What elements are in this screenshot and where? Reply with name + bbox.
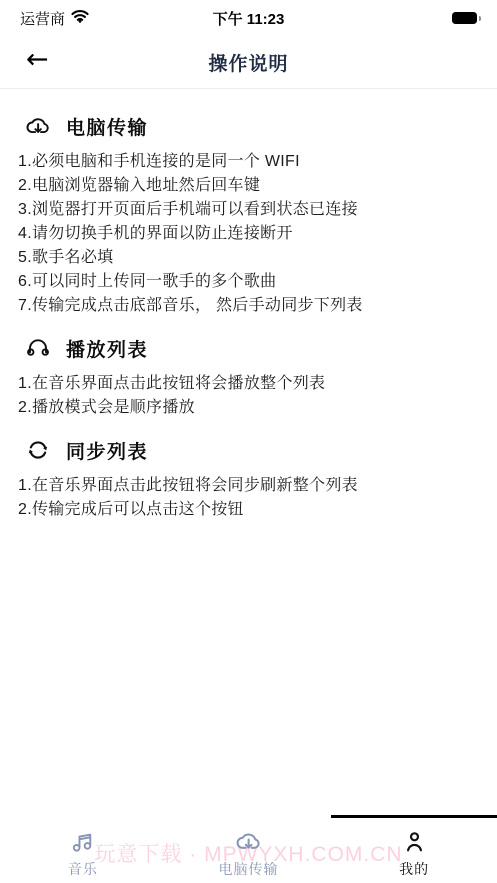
instruction-item: 1.必须电脑和手机连接的是同一个 WIFI [18,150,483,174]
section-header: 播放列表 [18,332,483,364]
tab-label: 我的 [399,859,429,879]
status-time: 下午 11:23 [213,8,285,29]
instruction-item: 2.电脑浏览器输入地址然后回车键 [18,174,483,198]
page-title: 操作说明 [0,49,497,76]
instruction-item: 3.浏览器打开页面后手机端可以看到状态已连接 [18,198,483,222]
cloud-download-icon [25,113,51,139]
app-screen: 运营商 下午 11:23 ← 操作说明 电脑传输1.必须电脑和手机连接的是同一个… [0,0,497,883]
carrier-label: 运营商 [20,8,65,29]
instruction-item: 7.传输完成点击底部音乐， 然后手动同步下列表 [18,294,483,318]
section-list: 1.在音乐界面点击此按钮将会同步刷新整个列表2.传输完成后可以点击这个按钮 [18,474,483,522]
music-note-icon [69,828,96,855]
section-header: 电脑传输 [18,110,483,142]
battery-icon [452,12,477,24]
tab-label: 电脑传输 [219,859,279,879]
tab-transfer[interactable]: 电脑传输 [166,815,332,883]
tab-bar: 音乐电脑传输我的 [0,815,497,883]
refresh-icon [25,437,51,463]
nav-bar: ← 操作说明 [0,32,497,89]
tab-label: 音乐 [68,859,98,879]
content: 电脑传输1.必须电脑和手机连接的是同一个 WIFI2.电脑浏览器输入地址然后回车… [0,90,497,522]
status-left: 运营商 [20,8,89,29]
instruction-item: 1.在音乐界面点击此按钮将会同步刷新整个列表 [18,474,483,498]
wifi-icon [71,9,89,27]
section-title: 电脑传输 [66,113,148,140]
instruction-item: 2.播放模式会是顺序播放 [18,396,483,420]
headphones-icon [25,335,51,361]
section-header: 同步列表 [18,434,483,466]
instruction-item: 1.在音乐界面点击此按钮将会播放整个列表 [18,372,483,396]
instruction-item: 2.传输完成后可以点击这个按钮 [18,498,483,522]
section-title: 同步列表 [66,437,148,464]
instruction-item: 5.歌手名必填 [18,246,483,270]
status-bar: 运营商 下午 11:23 [0,0,497,32]
cloud-download-icon [235,828,262,855]
instruction-section: 同步列表1.在音乐界面点击此按钮将会同步刷新整个列表2.传输完成后可以点击这个按… [18,434,483,522]
tab-music[interactable]: 音乐 [0,815,166,883]
person-icon [401,828,428,855]
instruction-section: 电脑传输1.必须电脑和手机连接的是同一个 WIFI2.电脑浏览器输入地址然后回车… [18,110,483,318]
section-list: 1.在音乐界面点击此按钮将会播放整个列表2.播放模式会是顺序播放 [18,372,483,420]
tab-mine[interactable]: 我的 [331,815,497,883]
instruction-item: 4.请勿切换手机的界面以防止连接断开 [18,222,483,246]
section-title: 播放列表 [66,335,148,362]
instruction-item: 6.可以同时上传同一歌手的多个歌曲 [18,270,483,294]
section-list: 1.必须电脑和手机连接的是同一个 WIFI2.电脑浏览器输入地址然后回车键3.浏… [18,150,483,318]
instruction-section: 播放列表1.在音乐界面点击此按钮将会播放整个列表2.播放模式会是顺序播放 [18,332,483,420]
